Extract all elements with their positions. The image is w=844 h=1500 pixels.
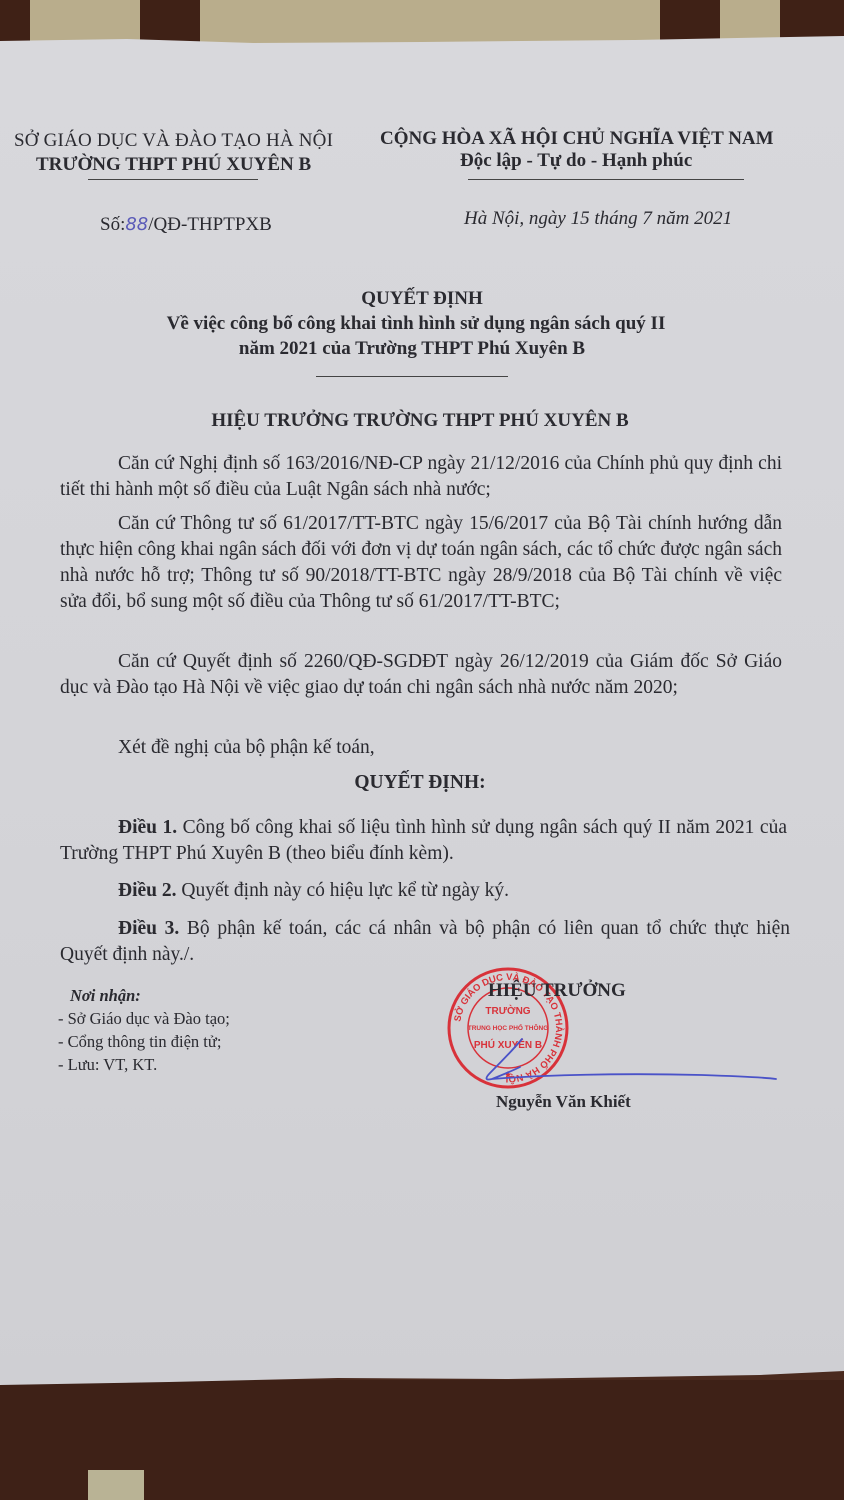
article-label: Điều 1. <box>118 817 177 838</box>
document-subtitle-line1: Về việc công bố công khai tình hình sử d… <box>0 313 838 335</box>
document-date: Hà Nội, ngày 15 tháng 7 năm 2021 <box>464 208 732 230</box>
decision-heading: QUYẾT ĐỊNH: <box>0 772 842 794</box>
background-window <box>88 1470 144 1500</box>
svg-text:TRƯỜNG: TRƯỜNG <box>485 1004 530 1017</box>
recipients-heading: Nơi nhận: <box>70 986 141 1006</box>
issuer-heading: HIỆU TRƯỞNG TRƯỜNG THPT PHÚ XUYÊN B <box>0 410 842 432</box>
document-title: QUYẾT ĐỊNH <box>0 288 844 310</box>
preamble-paragraph: Căn cứ Thông tư số 61/2017/TT-BTC ngày 1… <box>60 511 782 615</box>
handwritten-number: 88 <box>125 214 148 235</box>
article-2: Điều 2. Quyết định này có hiệu lực kể từ… <box>118 878 509 904</box>
article-text: Quyết định này có hiệu lực kể từ ngày ký… <box>177 880 510 901</box>
preamble-paragraph: Căn cứ Quyết định số 2260/QĐ-SGDĐT ngày … <box>60 649 782 701</box>
divider <box>316 376 508 377</box>
doc-number-prefix: Số: <box>100 214 125 235</box>
document-page: SỞ GIÁO DỤC VÀ ĐÀO TẠO HÀ NỘI TRƯỜNG THP… <box>0 36 844 1386</box>
article-3: Điều 3. Bộ phận kế toán, các cá nhân và … <box>60 916 790 968</box>
document-subtitle-line2: năm 2021 của Trường THPT Phú Xuyên B <box>0 338 834 360</box>
recipient-item: - Cổng thông tin điện tử; <box>58 1032 221 1052</box>
national-motto: Độc lập - Tự do - Hạnh phúc <box>460 150 692 172</box>
republic-name: CỘNG HÒA XÃ HỘI CHỦ NGHĨA VIỆT NAM <box>380 128 774 150</box>
doc-number-suffix: /QĐ-THPTPXB <box>148 214 272 235</box>
divider <box>88 179 258 180</box>
preamble-text: Căn cứ Nghị định số 163/2016/NĐ-CP ngày … <box>60 453 782 500</box>
recipient-item: - Sở Giáo dục và Đào tạo; <box>58 1009 230 1029</box>
preamble-paragraph: Căn cứ Nghị định số 163/2016/NĐ-CP ngày … <box>60 451 782 503</box>
preamble-paragraph: Xét đề nghị của bộ phận kế toán, <box>118 735 375 761</box>
school-name: TRƯỜNG THPT PHÚ XUYÊN B <box>36 154 311 176</box>
document-number: Số:88/QĐ-THPTPXB <box>100 214 272 236</box>
handwritten-signature-icon <box>482 1031 782 1091</box>
recipient-item: - Lưu: VT, KT. <box>58 1055 157 1075</box>
signatory-name: Nguyễn Văn Khiết <box>496 1092 631 1112</box>
article-label: Điều 3. <box>118 918 179 939</box>
preamble-text: Căn cứ Thông tư số 61/2017/TT-BTC ngày 1… <box>60 513 782 612</box>
divider <box>468 179 744 180</box>
agency-name: SỞ GIÁO DỤC VÀ ĐÀO TẠO HÀ NỘI <box>14 130 333 152</box>
article-1: Điều 1. Công bố công khai số liệu tình h… <box>60 815 787 867</box>
preamble-text: Căn cứ Quyết định số 2260/QĐ-SGDĐT ngày … <box>60 651 782 698</box>
signatory-title: HIỆU TRƯỞNG <box>488 980 626 1002</box>
article-label: Điều 2. <box>118 880 177 901</box>
